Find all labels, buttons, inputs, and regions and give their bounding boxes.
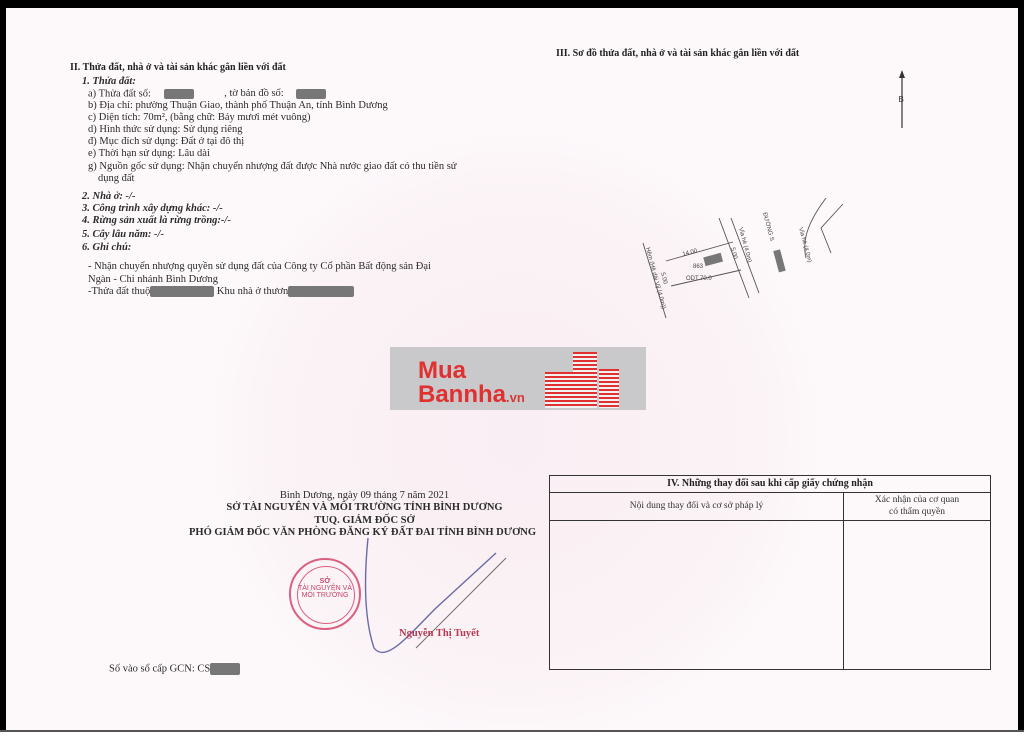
gcn-redacted bbox=[210, 663, 240, 675]
redacted-parcel-label bbox=[703, 253, 723, 266]
area-row: c) Diện tích: 70m², (bằng chữ: Bảy mươi … bbox=[88, 113, 310, 124]
svg-text:ODT: ODT bbox=[686, 276, 699, 282]
svg-text:ĐƯỜNG S: ĐƯỜNG S bbox=[761, 212, 775, 242]
note-2-middle: Khu nhà ở thươn bbox=[217, 286, 288, 297]
usage-form-row: d) Hình thức sử dụng: Sử dụng riêng bbox=[88, 125, 242, 136]
note-2-redacted-2 bbox=[288, 286, 354, 297]
origin-row: g) Nguồn gốc sử dụng: Nhận chuyển nhượng… bbox=[88, 162, 457, 173]
item-1-title: 1. Thửa đất: bbox=[82, 77, 136, 88]
section-4-title: IV. Những thay đổi sau khi cấp giấy chứn… bbox=[550, 476, 990, 493]
signer-position: PHÓ GIÁM ĐỐC VĂN PHÒNG ĐĂNG KÝ ĐẤT ĐAI T… bbox=[170, 528, 555, 539]
note-1-line-1: - Nhận chuyển nhượng quyền sử dụng đất c… bbox=[88, 262, 431, 273]
map-sheet-label: , tờ bản đồ số: bbox=[224, 88, 284, 99]
signer-name: Nguyễn Thị Tuyết bbox=[399, 629, 479, 640]
building-icon bbox=[573, 352, 597, 408]
issue-date: Bình Dương, ngày 09 tháng 7 năm 2021 bbox=[182, 491, 547, 502]
watermark-logo: Mua Bannha.vn bbox=[390, 347, 646, 410]
gcn-number: Số vào sổ cấp GCN: CS bbox=[109, 663, 240, 675]
certificate-page: II. Thửa đất, nhà ở và tài sản khác gắn … bbox=[6, 8, 1018, 730]
section-3-title: III. Sơ đồ thửa đất, nhà ở và tài sản kh… bbox=[556, 48, 799, 59]
parcel-diagram: 14.00 ODT 863 70.0 5.00 5.00 Vỉa hè (4.0… bbox=[631, 198, 861, 348]
item-6-notes-title: 6. Ghi chú: bbox=[82, 243, 131, 254]
building-icon bbox=[545, 372, 573, 408]
watermark-suffix: .vn bbox=[506, 390, 525, 405]
redacted-road-name bbox=[773, 249, 785, 272]
item-5-perennial: 5. Cây lâu năm: -/- bbox=[82, 230, 164, 241]
col-confirm-line-2: có thẩm quyền bbox=[844, 506, 990, 518]
watermark-line-2: Bannha.vn bbox=[418, 383, 525, 407]
building-icon bbox=[599, 369, 619, 408]
svg-text:863: 863 bbox=[693, 264, 704, 270]
parcel-number-label: a) Thửa đất số: bbox=[88, 88, 151, 99]
svg-text:Vỉa hè (4.0m): Vỉa hè (4.0m) bbox=[797, 227, 813, 264]
item-4-forest: 4. Rừng sản xuất là rừng trồng:-/- bbox=[82, 216, 231, 227]
gcn-label: Số vào sổ cấp GCN: CS bbox=[109, 663, 210, 674]
watermark-brand: Bannha bbox=[418, 381, 506, 408]
signature-scribble bbox=[346, 538, 546, 658]
parcel-number-row: a) Thửa đất số: , tờ bản đồ số: bbox=[88, 89, 326, 100]
svg-text:70.0: 70.0 bbox=[700, 276, 712, 282]
table-divider bbox=[843, 492, 844, 669]
item-2-house: 2. Nhà ở: -/- bbox=[82, 192, 135, 203]
watermark-line-1: Mua bbox=[418, 359, 466, 383]
parcel-number-redacted bbox=[164, 89, 194, 99]
next-page-edge bbox=[0, 730, 1024, 742]
note-2-start: -Thửa đất thuộ bbox=[88, 286, 150, 297]
item-3-other-works: 3. Công trình xây dựng khác: -/- bbox=[82, 204, 223, 215]
map-sheet-redacted bbox=[296, 89, 326, 99]
section-2-title: II. Thửa đất, nhà ở và tài sản khác gắn … bbox=[70, 62, 286, 73]
address-row: b) Địa chỉ: phường Thuận Giao, thành phố… bbox=[88, 101, 388, 112]
origin-row-cont: dụng đất bbox=[98, 174, 134, 185]
usage-purpose-row: đ) Mục đích sử dụng: Đất ở tại đô thị bbox=[88, 137, 244, 148]
svg-text:Vỉa hè (4.0m): Vỉa hè (4.0m) bbox=[737, 227, 753, 264]
svg-text:B: B bbox=[899, 95, 904, 104]
col-confirm-line-1: Xác nhận của cơ quan bbox=[844, 494, 990, 506]
north-arrow-icon: B bbox=[896, 70, 908, 130]
note-1-line-2: Ngàn - Chi nhánh Bình Dương bbox=[88, 275, 218, 286]
col-confirm-header: Xác nhận của cơ quan có thẩm quyền bbox=[844, 494, 990, 518]
svg-text:14.00: 14.00 bbox=[682, 248, 699, 258]
changes-table: IV. Những thay đổi sau khi cấp giấy chứn… bbox=[549, 475, 991, 670]
table-header-rule bbox=[550, 520, 990, 521]
tuq-line: TUQ. GIÁM ĐỐC SỞ bbox=[182, 516, 547, 527]
col-content-header: Nội dung thay đổi và cơ sở pháp lý bbox=[550, 492, 843, 520]
usage-term-row: e) Thời hạn sử dụng: Lâu dài bbox=[88, 149, 210, 160]
note-2-redacted-1 bbox=[150, 286, 214, 297]
note-2: -Thửa đất thuộ Khu nhà ở thươn bbox=[88, 286, 354, 297]
issuing-org: SỞ TÀI NGUYÊN VÀ MÔI TRƯỜNG TỈNH BÌNH DƯ… bbox=[182, 503, 547, 514]
svg-text:5.00: 5.00 bbox=[729, 247, 738, 260]
